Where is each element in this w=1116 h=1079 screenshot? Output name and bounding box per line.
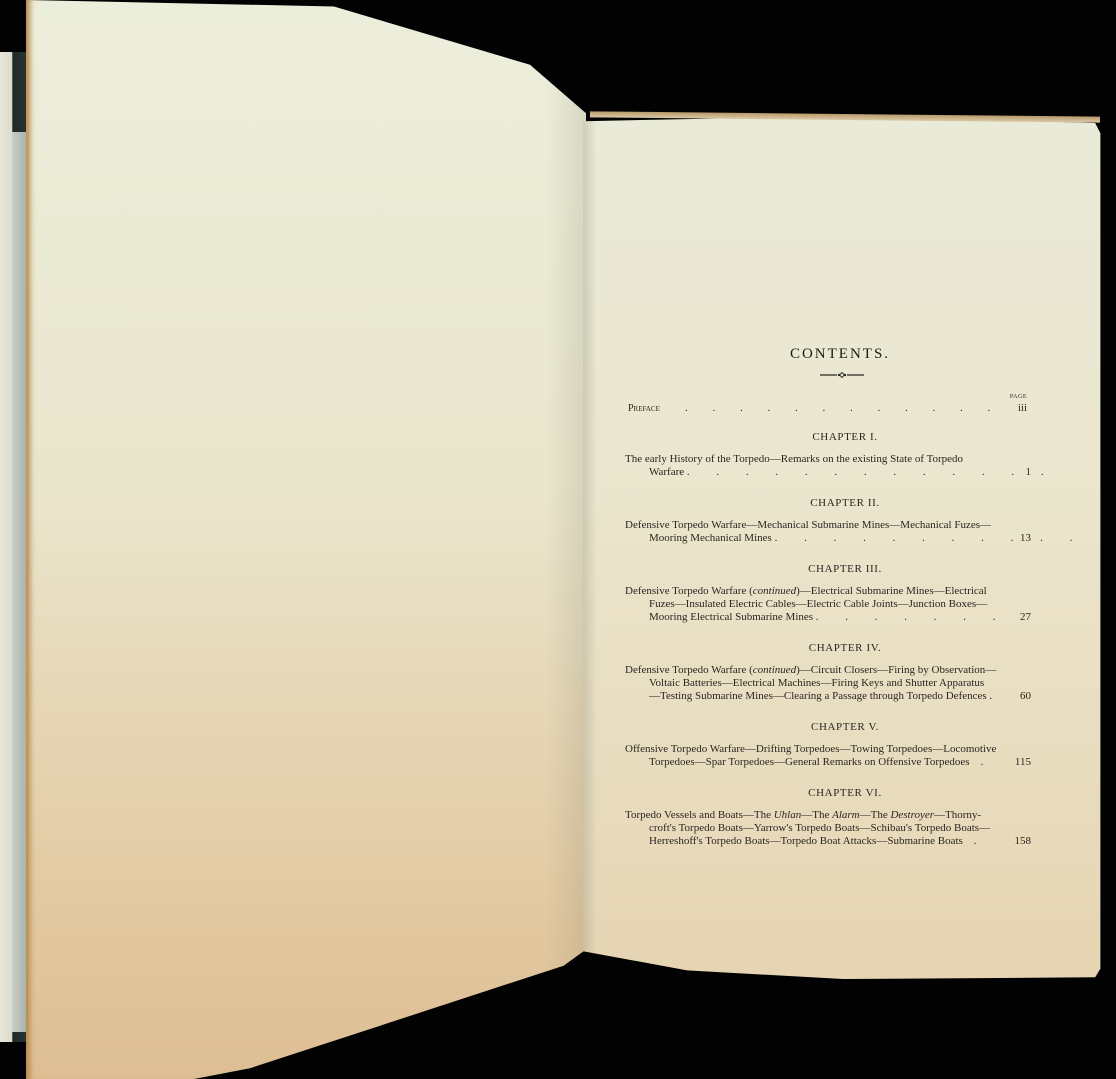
entry-line: Warfare . . . . . . . . . . . . . [625,466,1001,479]
entry-text: Defensive Torpedo Warfare ( [625,585,753,597]
entry-text: Torpedo Vessels and Boats—The [625,809,774,821]
entry-line: —Testing Submarine Mines—Clearing a Pass… [625,690,1001,703]
leader-dots: . . . . . . . . . . . [775,532,1085,544]
left-blank-page [26,0,586,1079]
toc-chapter-2[interactable]: CHAPTER II. Defensive Torpedo Warfare—Me… [625,497,1035,545]
page-number: 60 [1020,690,1031,703]
entry-line: croft's Torpedo Boats—Yarrow's Torpedo B… [625,822,1001,835]
entry-line: Torpedo Vessels and Boats—The Uhlan—The … [625,809,1001,822]
chapter-entry: Defensive Torpedo Warfare—Mechanical Sub… [625,519,1035,545]
ornament-divider-icon [820,371,864,379]
entry-text: )—Circuit Closers—Firing by Observation— [796,664,996,676]
page-number: 27 [1020,611,1031,624]
entry-line: Torpedoes—Spar Torpedoes—General Remarks… [625,756,1001,769]
toc-chapter-4[interactable]: CHAPTER IV. Defensive Torpedo Warfare (c… [625,642,1035,703]
page-number: iii [1018,402,1027,415]
entry-line: Defensive Torpedo Warfare (continued)—Ci… [625,664,1001,677]
entry-line: Mooring Mechanical Mines . . . . . . . .… [625,532,1001,545]
chapter-entry: Defensive Torpedo Warfare (continued)—Ci… [625,664,1035,703]
page-number: 115 [1015,756,1031,769]
entry-text: Mooring Electrical Submarine Mines [649,611,813,623]
page-number: 1 [1026,466,1032,479]
cover-spine-strip [12,132,26,1032]
entry-line: Defensive Torpedo Warfare (continued)—El… [625,585,1001,598]
leader-dots: . . . . . . . . . . . . . . [685,402,1005,415]
leader-dots: . [981,756,984,768]
ship-name-italic: Alarm [832,809,860,821]
page-number: 13 [1020,532,1031,545]
toc-chapter-6[interactable]: CHAPTER VI. Torpedo Vessels and Boats—Th… [625,787,1035,848]
entry-line: Defensive Torpedo Warfare—Mechanical Sub… [625,519,1001,532]
entry-line: Herreshoff's Torpedo Boats—Torpedo Boat … [625,835,1001,848]
chapter-heading: CHAPTER I. [655,431,1035,444]
toc-chapter-1[interactable]: CHAPTER I. The early History of the Torp… [625,431,1035,479]
chapter-entry: Offensive Torpedo Warfare—Drifting Torpe… [625,743,1035,769]
chapter-heading: CHAPTER IV. [655,642,1035,655]
chapter-entry: Torpedo Vessels and Boats—The Uhlan—The … [625,809,1035,848]
entry-text: —The [860,809,891,821]
entry-line: Fuzes—Insulated Electric Cables—Electric… [625,598,1001,611]
entry-text: —The [801,809,832,821]
ship-name-italic: Destroyer [890,809,934,821]
entry-text: —Thorny- [934,809,981,821]
entry-line: The early History of the Torpedo—Remarks… [625,453,1001,466]
entry-text: Torpedoes—Spar Torpedoes—General Remarks… [649,756,970,768]
entry-italic-text: continued [753,585,796,597]
leader-dots: . . . . . . . . . . . . . [687,466,1056,478]
chapter-heading: CHAPTER II. [655,497,1035,510]
leader-dots: . [989,690,992,702]
chapter-heading: CHAPTER V. [655,721,1035,734]
entry-text: Mooring Mechanical Mines [649,532,772,544]
entry-title: Preface [628,402,660,415]
entry-line: Voltaic Batteries—Electrical Machines—Fi… [625,677,1001,690]
leader-dots: . [974,835,977,847]
chapter-heading: CHAPTER VI. [655,787,1035,800]
entry-line: Mooring Electrical Submarine Mines . . .… [625,611,1001,624]
leader-dots: . . . . . . . [816,611,1008,623]
entry-text: Warfare [649,466,684,478]
back-cover-edge [0,52,30,1042]
toc-chapter-5[interactable]: CHAPTER V. Offensive Torpedo Warfare—Dri… [625,721,1035,769]
entry-text: Herreshoff's Torpedo Boats—Torpedo Boat … [649,835,963,847]
entry-text: —Testing Submarine Mines—Clearing a Pass… [649,690,987,702]
toc-chapter-3[interactable]: CHAPTER III. Defensive Torpedo Warfare (… [625,563,1035,624]
chapter-entry: Defensive Torpedo Warfare (continued)—El… [625,585,1035,624]
chapter-entry: The early History of the Torpedo—Remarks… [625,453,1035,479]
page-title: CONTENTS. [645,348,1035,361]
entry-text: Defensive Torpedo Warfare ( [625,664,753,676]
entry-text: )—Electrical Submarine Mines—Electrical [796,585,987,597]
entry-line: Offensive Torpedo Warfare—Drifting Torpe… [625,743,1001,756]
toc-entry-preface[interactable]: PAGE Preface . . . . . . . . . . . . . .… [625,391,1035,417]
table-of-contents: CONTENTS. PAGE Preface . . . . . . . . .… [625,340,1035,848]
entry-italic-text: continued [753,664,796,676]
page-number: 158 [1015,835,1032,848]
ship-name-italic: Uhlan [774,809,802,821]
chapter-heading: CHAPTER III. [655,563,1035,576]
